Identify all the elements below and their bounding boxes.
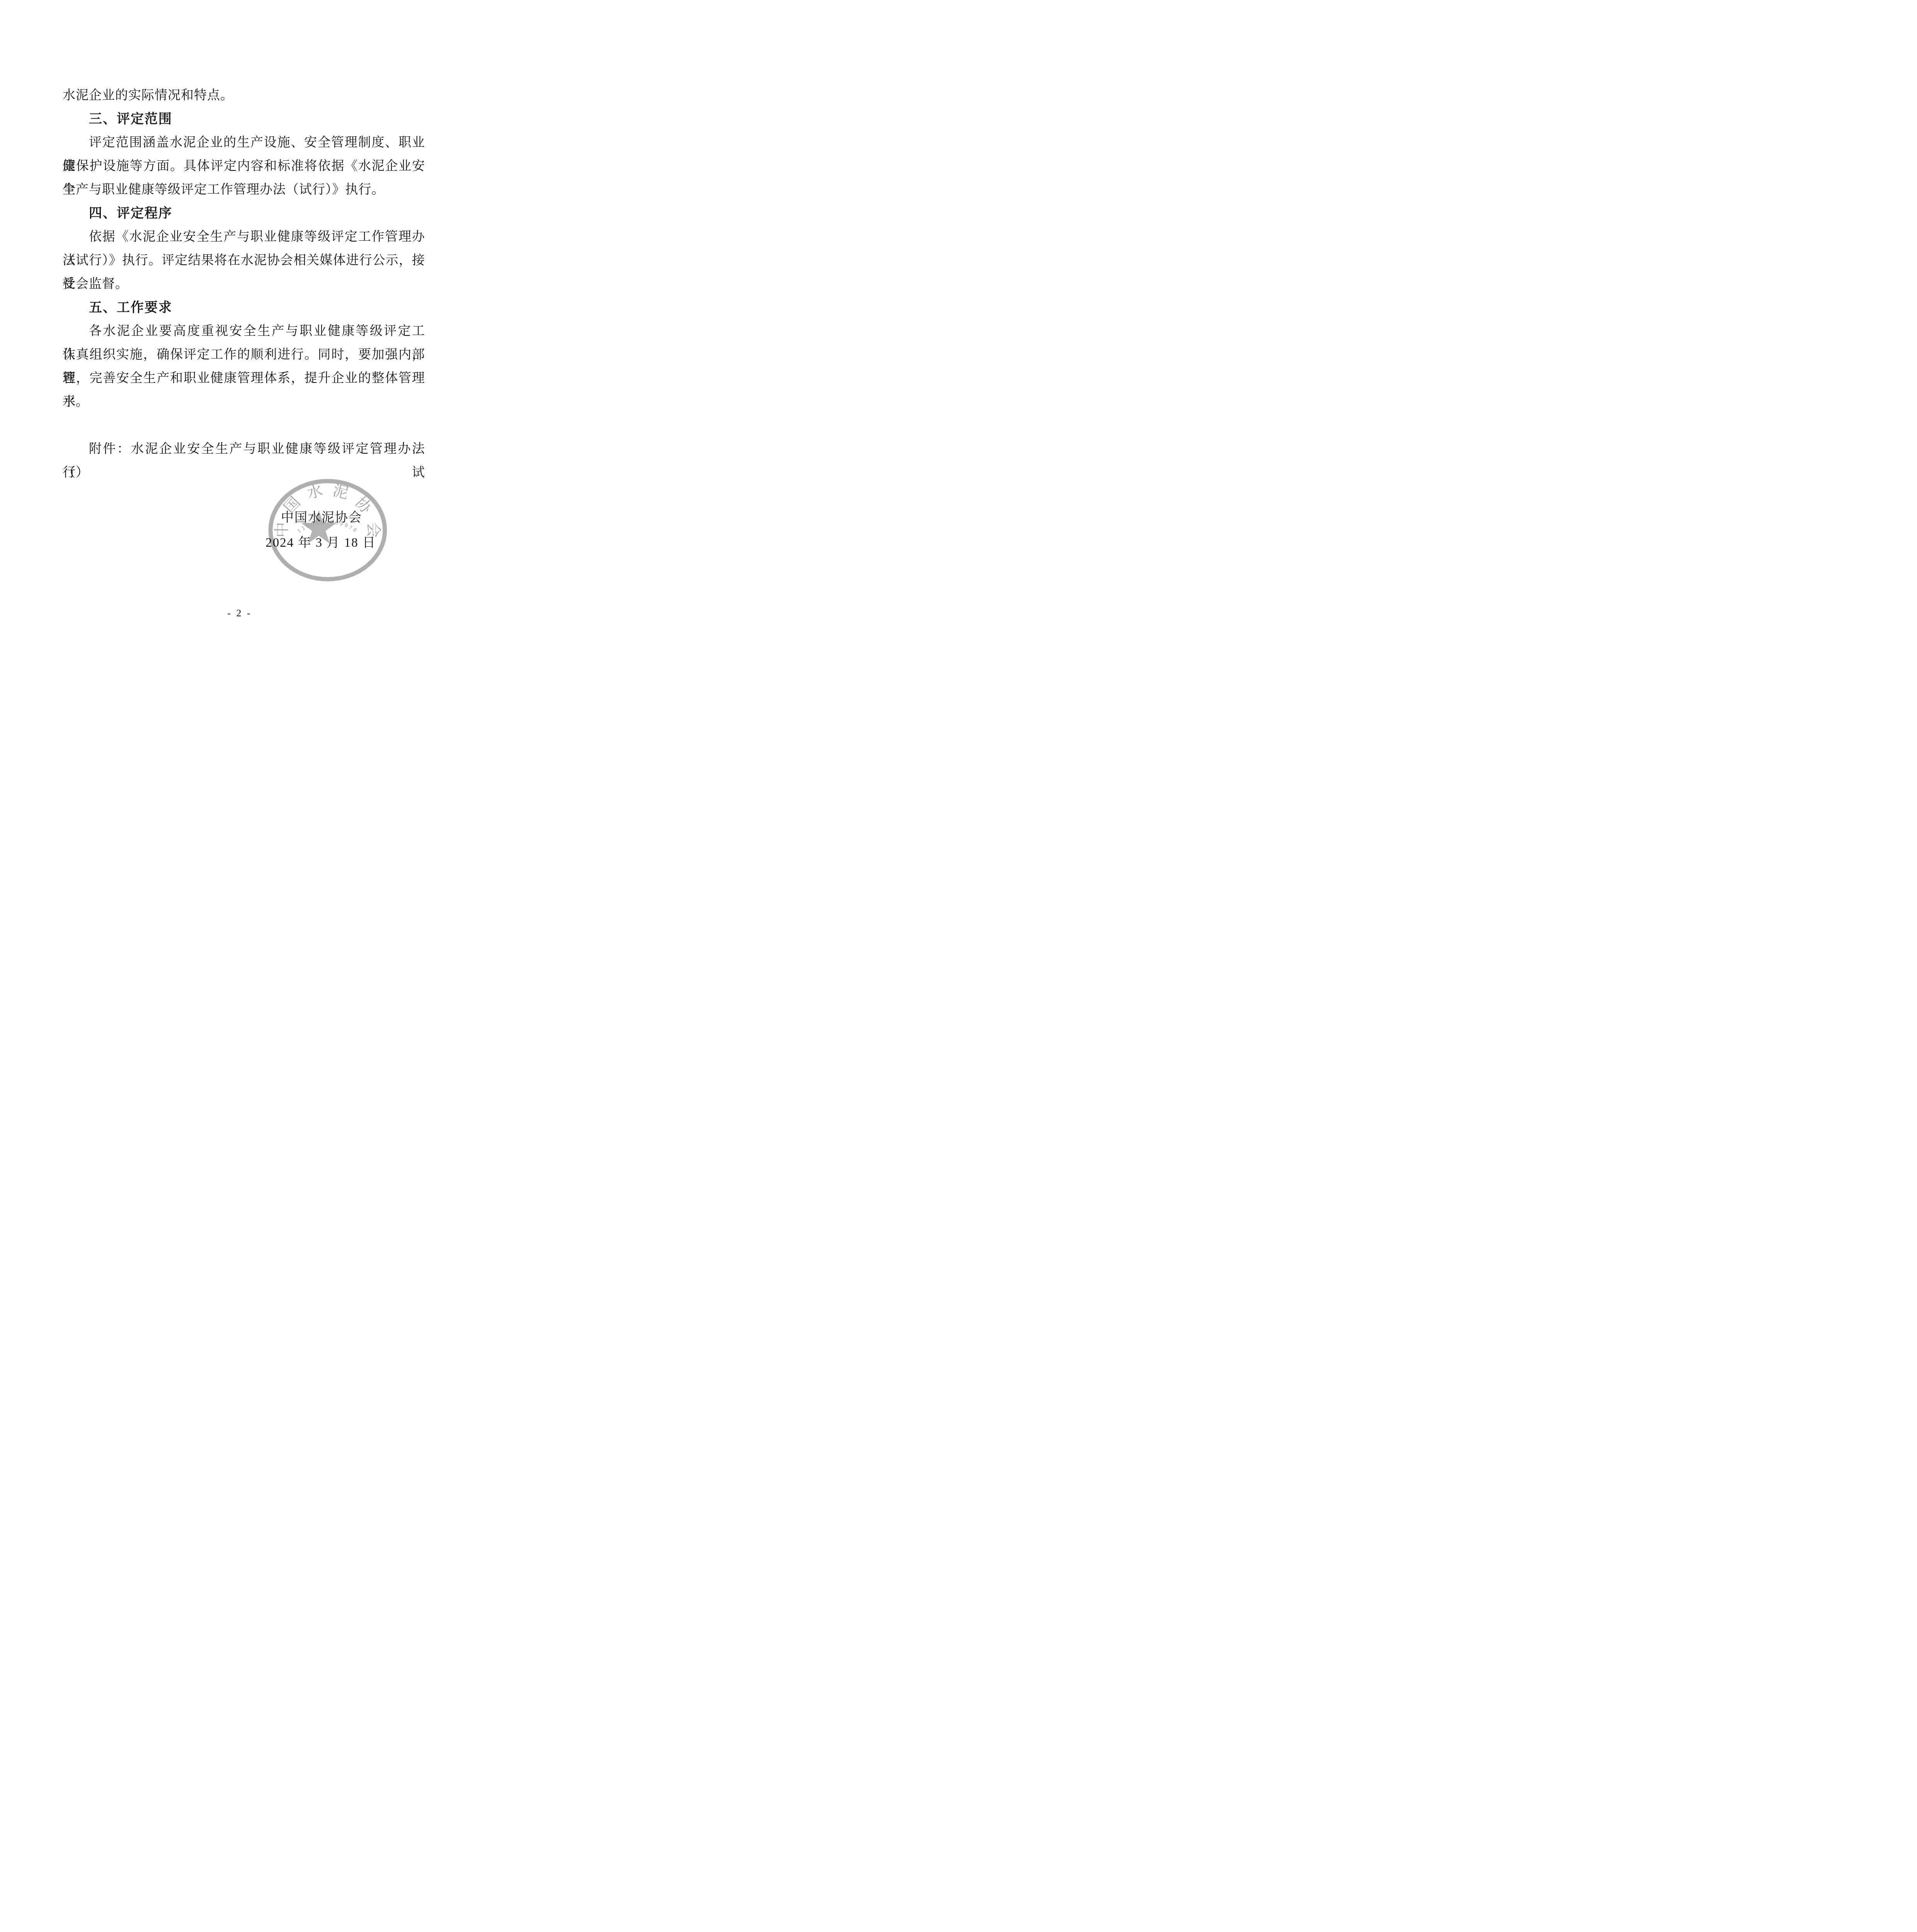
text-line: 评定范围涵盖水泥企业的生产设施、安全管理制度、职业健 (63, 131, 425, 155)
section-heading: 四、评定程序 (63, 202, 425, 225)
signature-org-name: 中国水泥协会 (281, 510, 362, 526)
text-line: 康保护设施等方面。具体评定内容和标准将依据《水泥企业安全 (63, 155, 425, 178)
text-line: （试行）》执行。评定结果将在水泥协会相关媒体进行公示，接受 (63, 249, 425, 272)
page-number: - 2 - (0, 607, 479, 619)
document-lines: 水泥企业的实际情况和特点。三、评定范围评定范围涵盖水泥企业的生产设施、安全管理制… (63, 84, 425, 485)
signature-date: 2024 年 3 月 18 日 (265, 535, 376, 551)
text-line: 理，完善安全生产和职业健康管理体系，提升企业的整体管理水 (63, 367, 425, 390)
text-line (63, 414, 425, 437)
document-page: 水泥企业的实际情况和特点。三、评定范围评定范围涵盖水泥企业的生产设施、安全管理制… (0, 0, 479, 678)
text-line: 依据《水泥企业安全生产与职业健康等级评定工作管理办法 (63, 225, 425, 249)
text-line: 平。 (63, 390, 425, 414)
text-line: 社会监督。 (63, 272, 425, 296)
text-line: 认真组织实施，确保评定工作的顺利进行。同时，要加强内部管 (63, 343, 425, 367)
section-heading: 五、工作要求 (63, 296, 425, 320)
text-line: 各水泥企业要高度重视安全生产与职业健康等级评定工作， (63, 320, 425, 343)
text-line: 生产与职业健康等级评定工作管理办法（试行）》执行。 (63, 178, 425, 202)
text-line: 水泥企业的实际情况和特点。 (63, 84, 425, 107)
text-line: 附件：水泥企业安全生产与职业健康等级评定管理办法（试 (63, 437, 425, 461)
official-seal-stamp: 中国水泥协会 1100000069978 (266, 476, 390, 584)
section-heading: 三、评定范围 (63, 107, 425, 131)
